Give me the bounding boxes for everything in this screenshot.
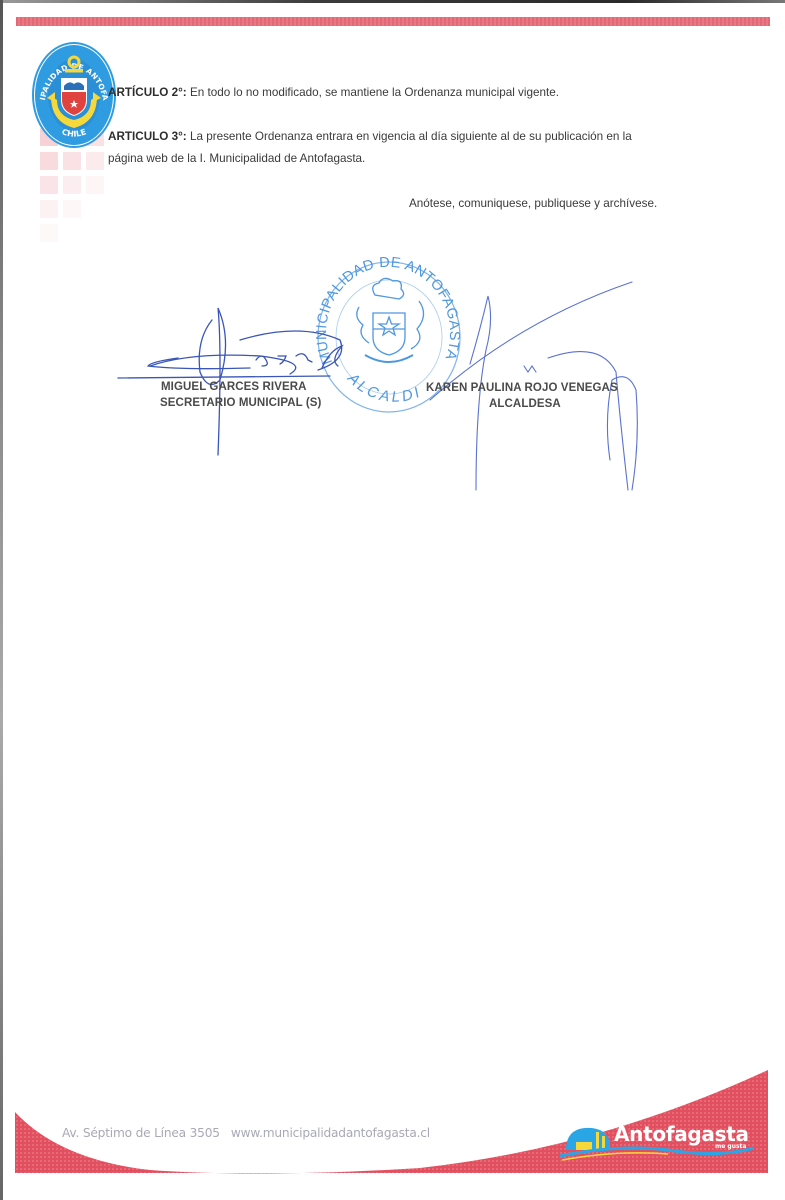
article-3-continued: página web de la I. Municipalidad de Ant…: [108, 151, 365, 167]
footer-website-link[interactable]: www.municipalidadantofagasta.cl: [231, 1126, 430, 1140]
scan-edge-top: [0, 0, 785, 3]
signatory-1-name: MIGUEL GARCES RIVERA: [161, 380, 307, 395]
article-3-text: La presente Ordenanza entrara en vigenci…: [187, 130, 632, 143]
svg-text:MUNICIPALIDAD DE ANTOFAGASTA: MUNICIPALIDAD DE ANTOFAGASTA: [314, 255, 462, 367]
article-2-text: En todo lo no modificado, se mantiene la…: [187, 86, 559, 99]
signatory-2-title: ALCALDESA: [489, 397, 561, 412]
footer-brand-tagline: me gusta: [715, 1143, 746, 1150]
footer-contact: Av. Séptimo de Línea 3505 www.municipali…: [62, 1126, 430, 1140]
header-red-bar: [16, 17, 770, 26]
footer-address: Av. Séptimo de Línea 3505: [62, 1126, 220, 1140]
article-3-label: ARTICULO 3°:: [108, 130, 187, 143]
scan-edge-left: [0, 0, 3, 1200]
signatory-2-name: KAREN PAULINA ROJO VENEGAS: [426, 381, 618, 396]
signatory-1-title: SECRETARIO MUNICIPAL (S): [160, 396, 322, 411]
article-2: ARTÍCULO 2°: En todo lo no modificado, s…: [108, 85, 559, 101]
article-2-label: ARTÍCULO 2°:: [108, 86, 187, 99]
article-3: ARTICULO 3°: La presente Ordenanza entra…: [108, 129, 632, 145]
chilean-coat-of-arms-icon: [357, 278, 424, 362]
closing-formula: Anótese, comuniquese, publiquese y archí…: [409, 196, 657, 212]
municipal-coat-of-arms-icon: MUNICIPALIDAD DE ANTOFAGASTA CHILE: [31, 40, 117, 150]
